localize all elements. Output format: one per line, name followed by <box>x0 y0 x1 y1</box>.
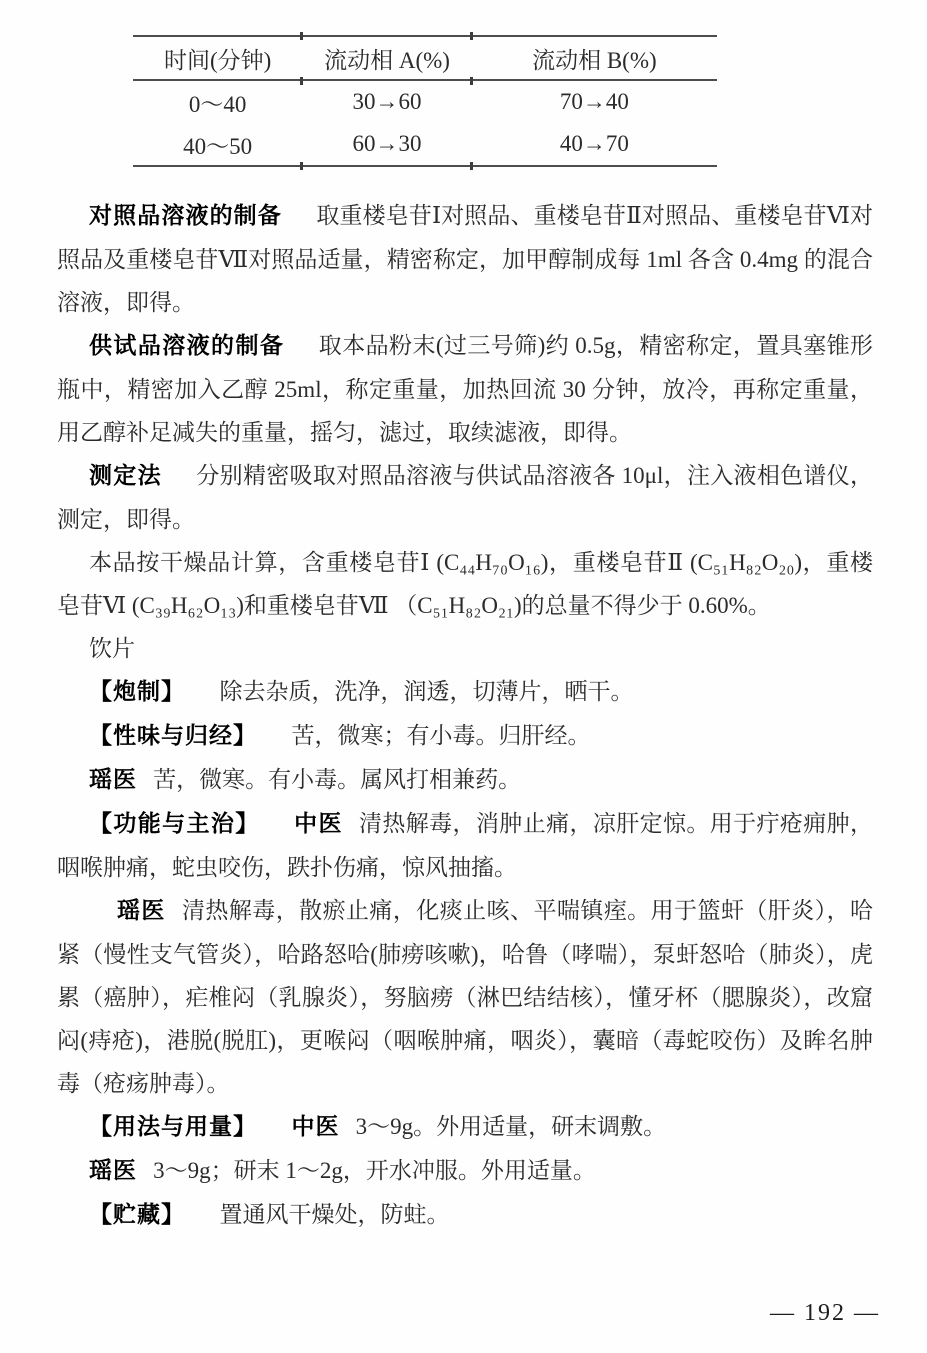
table-row: 40～5060→3040→70 <box>133 123 717 166</box>
section-label: 【炮制】 <box>89 679 185 705</box>
table-column-tick <box>300 77 303 85</box>
para-content-limit: 本品按干燥品计算，含重楼皂苷Ⅰ (C₄₄H₇₀O₁₆)，重楼皂苷Ⅱ (C₅₁H₈… <box>57 541 873 627</box>
table-cell: 0～40 <box>133 80 302 123</box>
para-yao-property: 瑶医苦，微寒。有小毒。属风打相兼药。 <box>57 758 873 802</box>
para-property-meridian: 【性味与归经】苦，微寒；有小毒。归肝经。 <box>57 714 873 758</box>
text-run: 清热解毒，散瘀止痛，化痰止咳、平喘镇痓。用于篮虷（肝炎），哈紧（慢性支气管炎），… <box>57 898 873 1096</box>
para-assay-method: 测定法分别精密吸取对照品溶液与供试品溶液各 10μl，注入液相色谱仪，测定，即得… <box>57 454 873 541</box>
table-cell: 40～50 <box>133 123 302 166</box>
table-cell: 70→40 <box>472 80 717 123</box>
gradient-table: 时间(分钟)流动相 A(%)流动相 B(%)0～4030→6070→4040～5… <box>133 35 717 167</box>
para-test-solution: 供试品溶液的制备取本品粉末(过三号筛)约 0.5g，精密称定，置具塞锥形瓶中，精… <box>57 324 873 454</box>
table-column-tick <box>300 162 303 170</box>
table-cell: 60→30 <box>302 123 471 166</box>
table-header-cell: 流动相 B(%) <box>472 36 717 80</box>
table-cell: 30→60 <box>302 80 471 123</box>
para-reference-solution: 对照品溶液的制备取重楼皂苷Ⅰ对照品、重楼皂苷Ⅱ对照品、重楼皂苷Ⅵ对照品及重楼皂苷… <box>57 194 873 324</box>
para-function-indication: 【功能与主治】中医清热解毒，消肿止痛，凉肝定惊。用于疔疮痈肿，咽喉肿痛，蛇虫咬伤… <box>57 802 873 889</box>
page-footer: — 192 — <box>770 1300 880 1327</box>
section-label: 测定法 <box>89 463 162 489</box>
text-run: 分别精密吸取对照品溶液与供试品溶液各 10μl，注入液相色谱仪，测定，即得。 <box>57 463 873 532</box>
section-label: 中医 <box>294 811 343 837</box>
section-label: 【贮藏】 <box>89 1202 185 1228</box>
section-label: 【用法与用量】 <box>89 1114 257 1140</box>
table-cell: 40→70 <box>472 123 717 166</box>
text-run: 苦，微寒。有小毒。属风打相兼药。 <box>153 767 521 792</box>
table-header-cell: 流动相 A(%) <box>302 36 471 80</box>
text-run: 饮片 <box>89 636 135 661</box>
page-number: — 192 — <box>770 1300 880 1326</box>
text-run: 本品按干燥品计算，含重楼皂苷Ⅰ (C₄₄H₇₀O₁₆)，重楼皂苷Ⅱ (C₅₁H₈… <box>57 550 873 618</box>
table-column-tick <box>470 77 473 85</box>
table-header-row: 时间(分钟)流动相 A(%)流动相 B(%) <box>133 36 717 80</box>
section-label: 对照品溶液的制备 <box>89 203 282 229</box>
section-label: 瑶医 <box>89 767 137 793</box>
table-column-tick <box>300 32 303 40</box>
text-run: 除去杂质，洗净，润透，切薄片，晒干。 <box>220 679 634 704</box>
table-row: 0～4030→6070→40 <box>133 80 717 123</box>
para-dosage: 【用法与用量】中医3～9g。外用适量，研末调敷。 <box>57 1105 873 1149</box>
section-label: 中医 <box>292 1114 340 1140</box>
section-label: 供试品溶液的制备 <box>89 333 284 359</box>
para-yao-function: 瑶医清热解毒，散瘀止痛，化痰止咳、平喘镇痓。用于篮虷（肝炎），哈紧（慢性支气管炎… <box>57 889 873 1105</box>
text-run: 3～9g；研末 1～2g，开水冲服。外用适量。 <box>153 1158 596 1183</box>
para-storage: 【贮藏】置通风干燥处，防蛀。 <box>57 1193 873 1237</box>
para-yao-dosage: 瑶医3～9g；研末 1～2g，开水冲服。外用适量。 <box>57 1149 873 1193</box>
section-label: 【功能与主治】 <box>89 811 260 837</box>
table-header-cell: 时间(分钟) <box>133 36 302 80</box>
section-label: 瑶医 <box>89 1158 137 1184</box>
mobile-phase-gradient-table: 时间(分钟)流动相 A(%)流动相 B(%)0～4030→6070→4040～5… <box>133 35 717 167</box>
text-run: 置通风干燥处，防蛀。 <box>220 1202 450 1227</box>
text-run: 苦，微寒；有小毒。归肝经。 <box>292 723 591 748</box>
para-processing: 【炮制】除去杂质，洗净，润透，切薄片，晒干。 <box>57 670 873 714</box>
para-yinpian-heading: 饮片 <box>57 627 873 670</box>
table-column-tick <box>470 162 473 170</box>
section-label: 【性味与归经】 <box>89 723 257 749</box>
text-run: 3～9g。外用适量，研末调敷。 <box>356 1114 667 1139</box>
table-column-tick <box>470 32 473 40</box>
section-label: 瑶医 <box>117 898 166 924</box>
body-text: 对照品溶液的制备取重楼皂苷Ⅰ对照品、重楼皂苷Ⅱ对照品、重楼皂苷Ⅵ对照品及重楼皂苷… <box>0 194 927 1237</box>
